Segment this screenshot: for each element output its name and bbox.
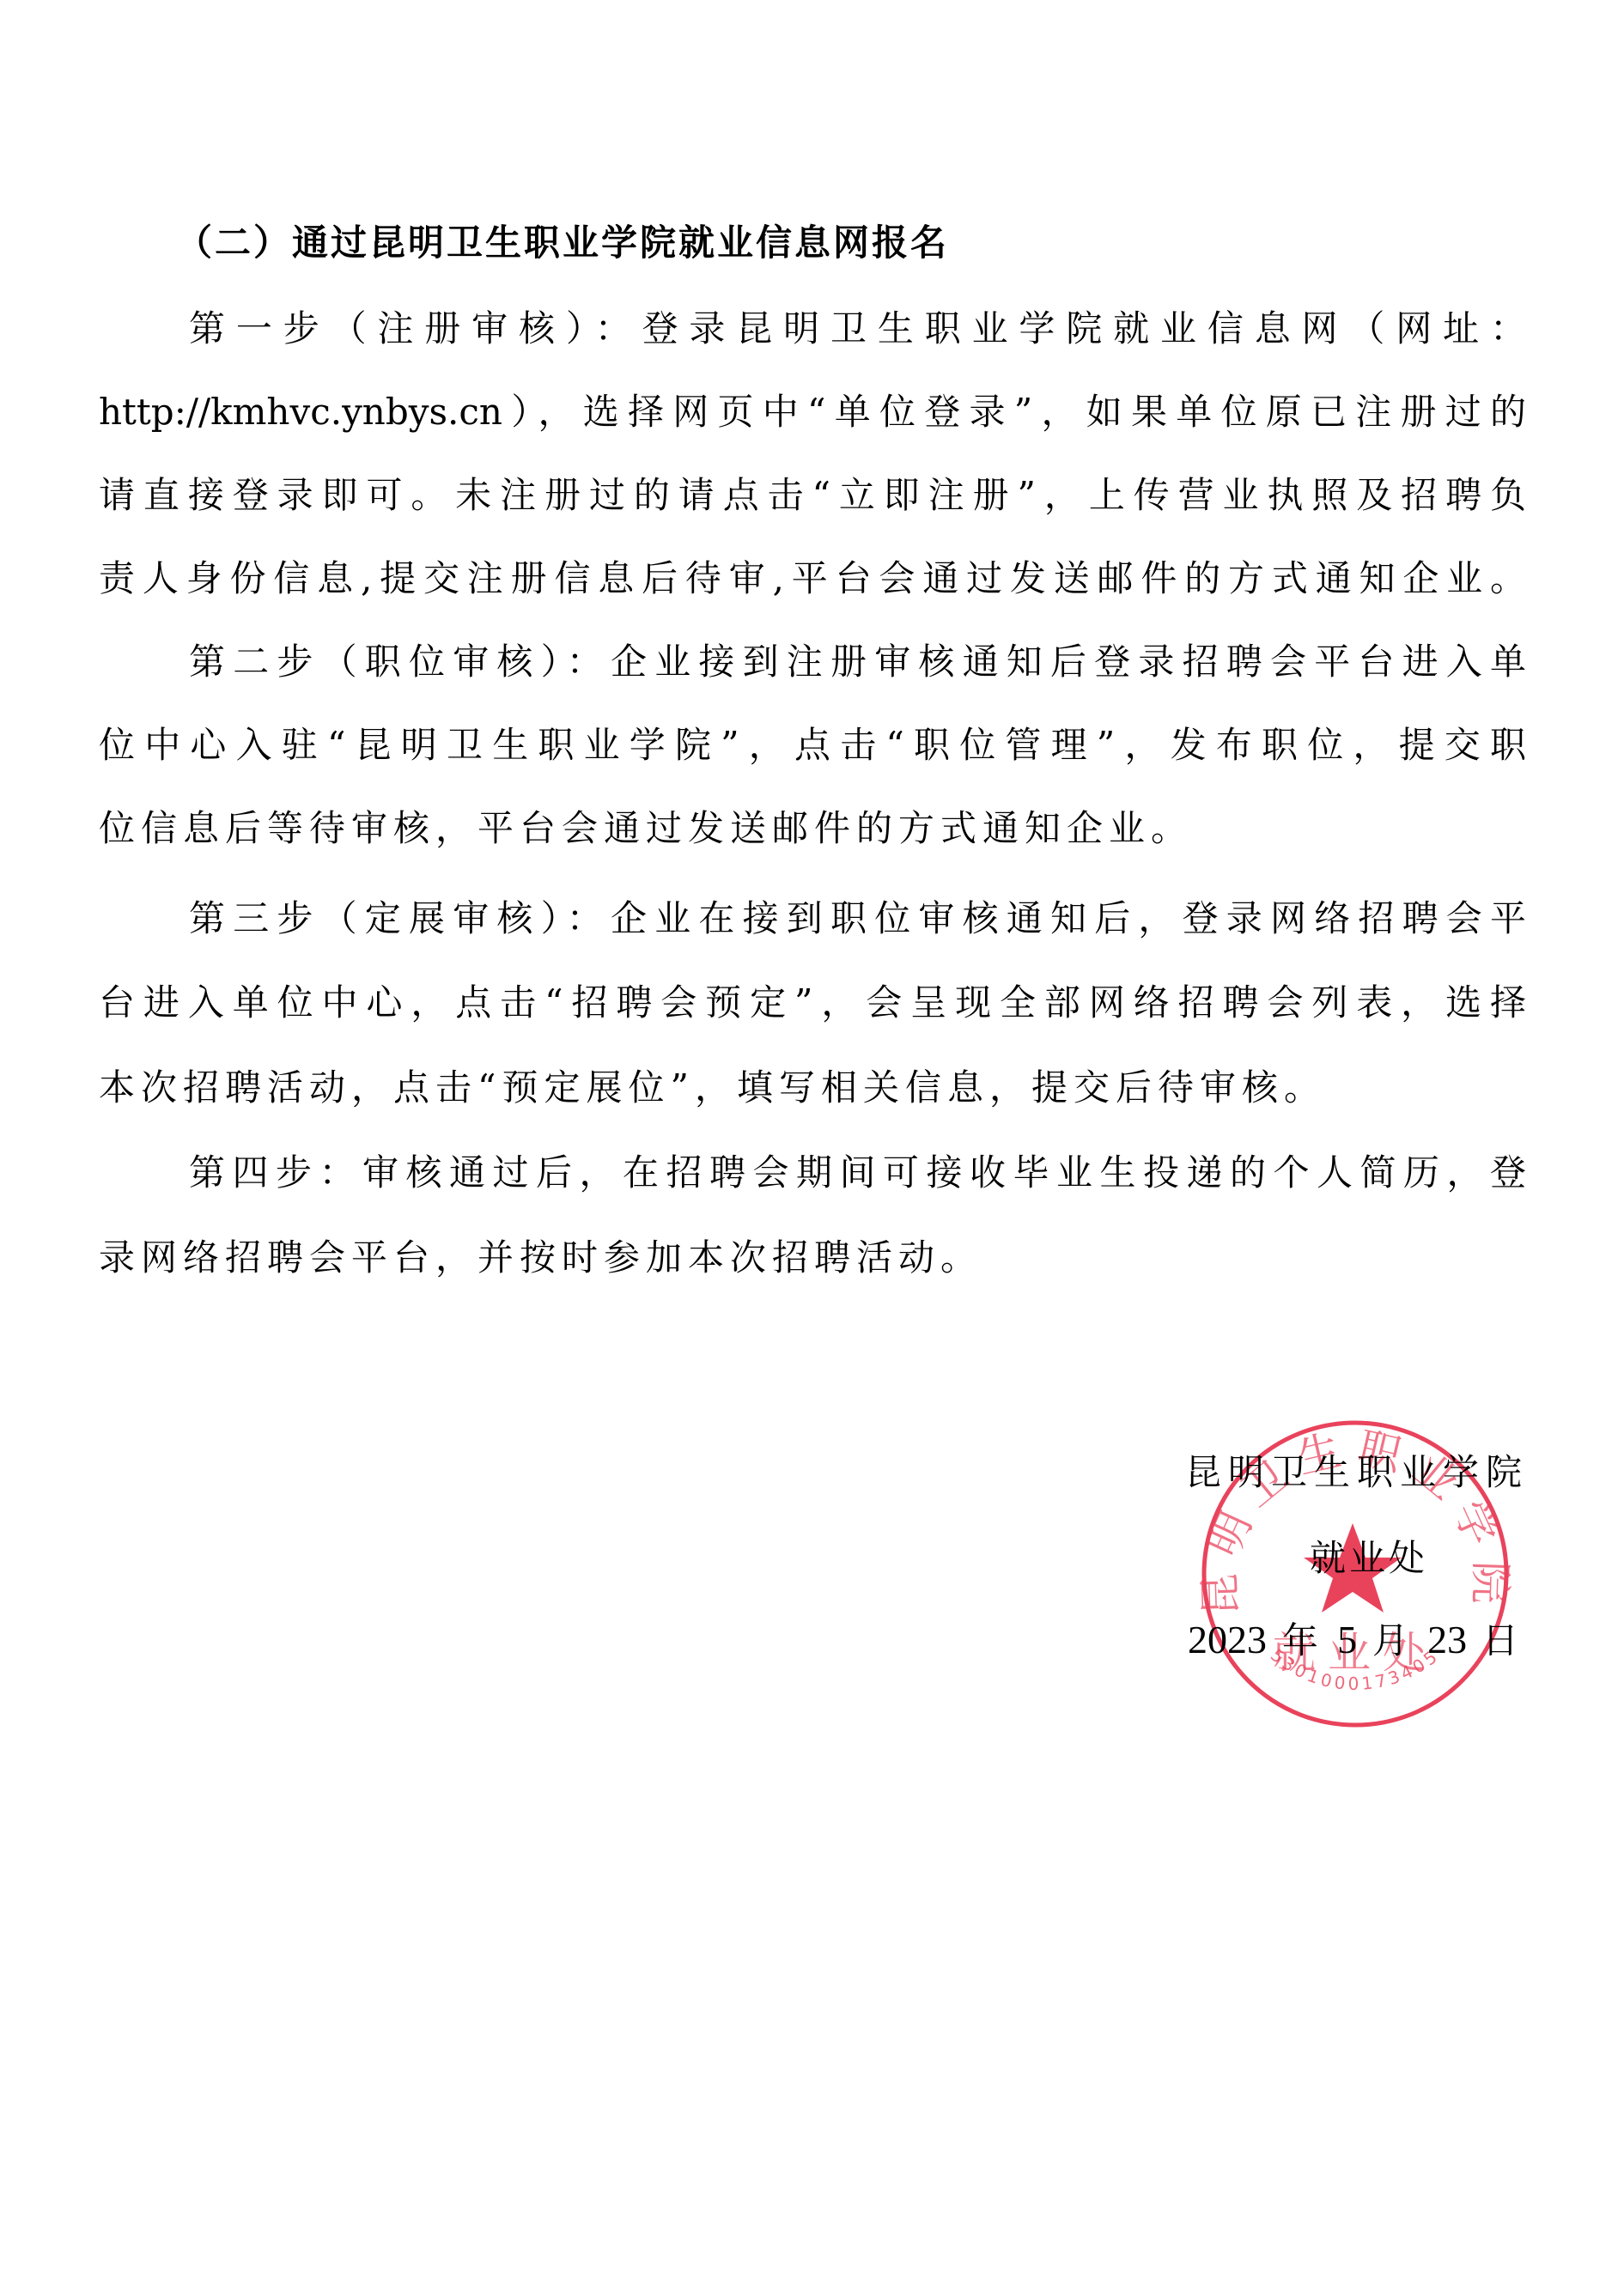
date-month-unit: 月 bbox=[1372, 1619, 1412, 1661]
step1-line-3: 请直接登录即可。未注册过的请点击“立即注册”，上传营业执照及招聘负 bbox=[99, 470, 1526, 521]
document-page: （二）通过昆明卫生职业学院就业信息网报名 第一步（注册审核）：登录昆明卫生职业学… bbox=[0, 0, 1624, 2296]
step1-line-4: 责人身份信息,提交注册信息后待审,平台会通过发送邮件的方式通知企业。 bbox=[99, 553, 1526, 604]
step4-line-2: 录网络招聘会平台，并按时参加本次招聘活动。 bbox=[99, 1232, 1526, 1284]
date-month: 5 bbox=[1337, 1618, 1357, 1661]
date-year-unit: 年 bbox=[1282, 1619, 1322, 1661]
step4-line-1: 第四步：审核通过后，在招聘会期间可接收毕业生投递的个人简历，登 bbox=[189, 1147, 1526, 1199]
section-heading: （二）通过昆明卫生职业学院就业信息网报名 bbox=[176, 217, 1603, 269]
step2-line-1: 第二步（职位审核）：企业接到注册审核通知后登录招聘会平台进入单 bbox=[189, 636, 1526, 688]
step3-line-2: 台进入单位中心，点击“招聘会预定”，会呈现全部网络招聘会列表，选择 bbox=[99, 977, 1526, 1029]
step1-line-1: 第一步（注册审核）：登录昆明卫生职业学院就业信息网（网址： bbox=[189, 303, 1526, 355]
date-day-unit: 日 bbox=[1482, 1619, 1518, 1661]
signature-department: 就业处 bbox=[1310, 1537, 1428, 1580]
step1-line-2-text: http://kmhvc.ynbys.cn），选择网页中“单位登录”，如果单位原… bbox=[99, 391, 1526, 433]
signature-organization: 昆明卫生职业学院 bbox=[1185, 1451, 1522, 1494]
step1-line-2: http://kmhvc.ynbys.cn），选择网页中“单位登录”，如果单位原… bbox=[99, 386, 1526, 438]
step2-line-2: 位中心入驻“昆明卫生职业学院”，点击“职位管理”，发布职位，提交职 bbox=[99, 720, 1526, 771]
date-year: 2023 bbox=[1188, 1618, 1267, 1661]
signature-date: 2023 年 5 月 23 日 bbox=[1188, 1619, 1518, 1662]
step3-line-3: 本次招聘活动，点击“预定展位”，填写相关信息，提交后待审核。 bbox=[99, 1062, 1526, 1114]
step3-line-1: 第三步（定展审核）：企业在接到职位审核通知后，登录网络招聘会平 bbox=[189, 893, 1526, 945]
step2-line-3: 位信息后等待审核，平台会通过发送邮件的方式通知企业。 bbox=[99, 803, 1526, 854]
date-day: 23 bbox=[1427, 1618, 1467, 1661]
